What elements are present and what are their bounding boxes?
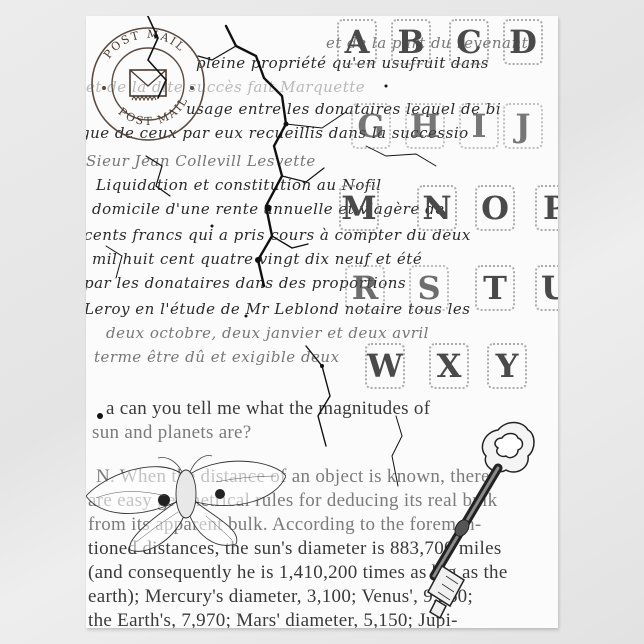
ornate-letter: I [462, 106, 496, 146]
ornate-letter: B [394, 22, 428, 62]
svg-text:POST MAIL: POST MAIL [116, 94, 191, 128]
ornate-letter: M [342, 188, 376, 228]
ornate-letter: J [506, 106, 540, 146]
ornate-letter: O [478, 188, 512, 228]
handwriting-line: Sieur Jean Collevill Lesvette [86, 152, 316, 170]
ornate-letter: D [506, 22, 540, 62]
ornate-letter: R [348, 268, 382, 308]
ornate-letter: G [354, 106, 388, 146]
stamp-bottom-text: POST MAIL [116, 94, 191, 128]
ornate-letter: P [538, 188, 558, 228]
handwriting-line: usage entre les donataires lequel de bi [186, 100, 501, 118]
ornate-letter: T [478, 268, 512, 308]
handwriting-line: deux octobre, deux janvier et deux avril [106, 324, 429, 342]
ornate-letter: Y [490, 346, 524, 386]
envelope-icon [130, 70, 166, 100]
ornate-letter: U [538, 268, 558, 308]
ornate-letter: A [340, 22, 374, 62]
skeleton-key-illustration [406, 416, 536, 628]
printed-line: sun and planets are? [92, 422, 252, 444]
ornate-letter: C [452, 22, 486, 62]
ornate-letter: X [432, 346, 466, 386]
ornate-letter: S [412, 268, 446, 308]
ornate-letter: H [408, 106, 442, 146]
scrapbook-paper-sheet: et de la part du revenant pleine proprié… [86, 16, 558, 628]
handwriting-line: cents francs qui a pris cours à compter … [86, 226, 471, 244]
handwriting-line: domicile d'une rente annuelle et viagère… [92, 200, 445, 218]
printed-line: a can you tell me what the magnitudes of [106, 398, 430, 420]
moth-illustration [86, 446, 286, 556]
svg-text:POST MAIL: POST MAIL [101, 28, 188, 61]
stamp-top-text: POST MAIL [101, 28, 188, 61]
handwriting-line: terme être dû et exigible deux [94, 348, 340, 366]
ornate-letter: W [368, 346, 402, 386]
ornate-letter: N [420, 188, 454, 228]
printed-line: the Earth's, 7,970; Mars' diameter, 5,15… [88, 610, 458, 628]
post-mail-stamp: POST MAIL POST MAIL [88, 24, 208, 144]
